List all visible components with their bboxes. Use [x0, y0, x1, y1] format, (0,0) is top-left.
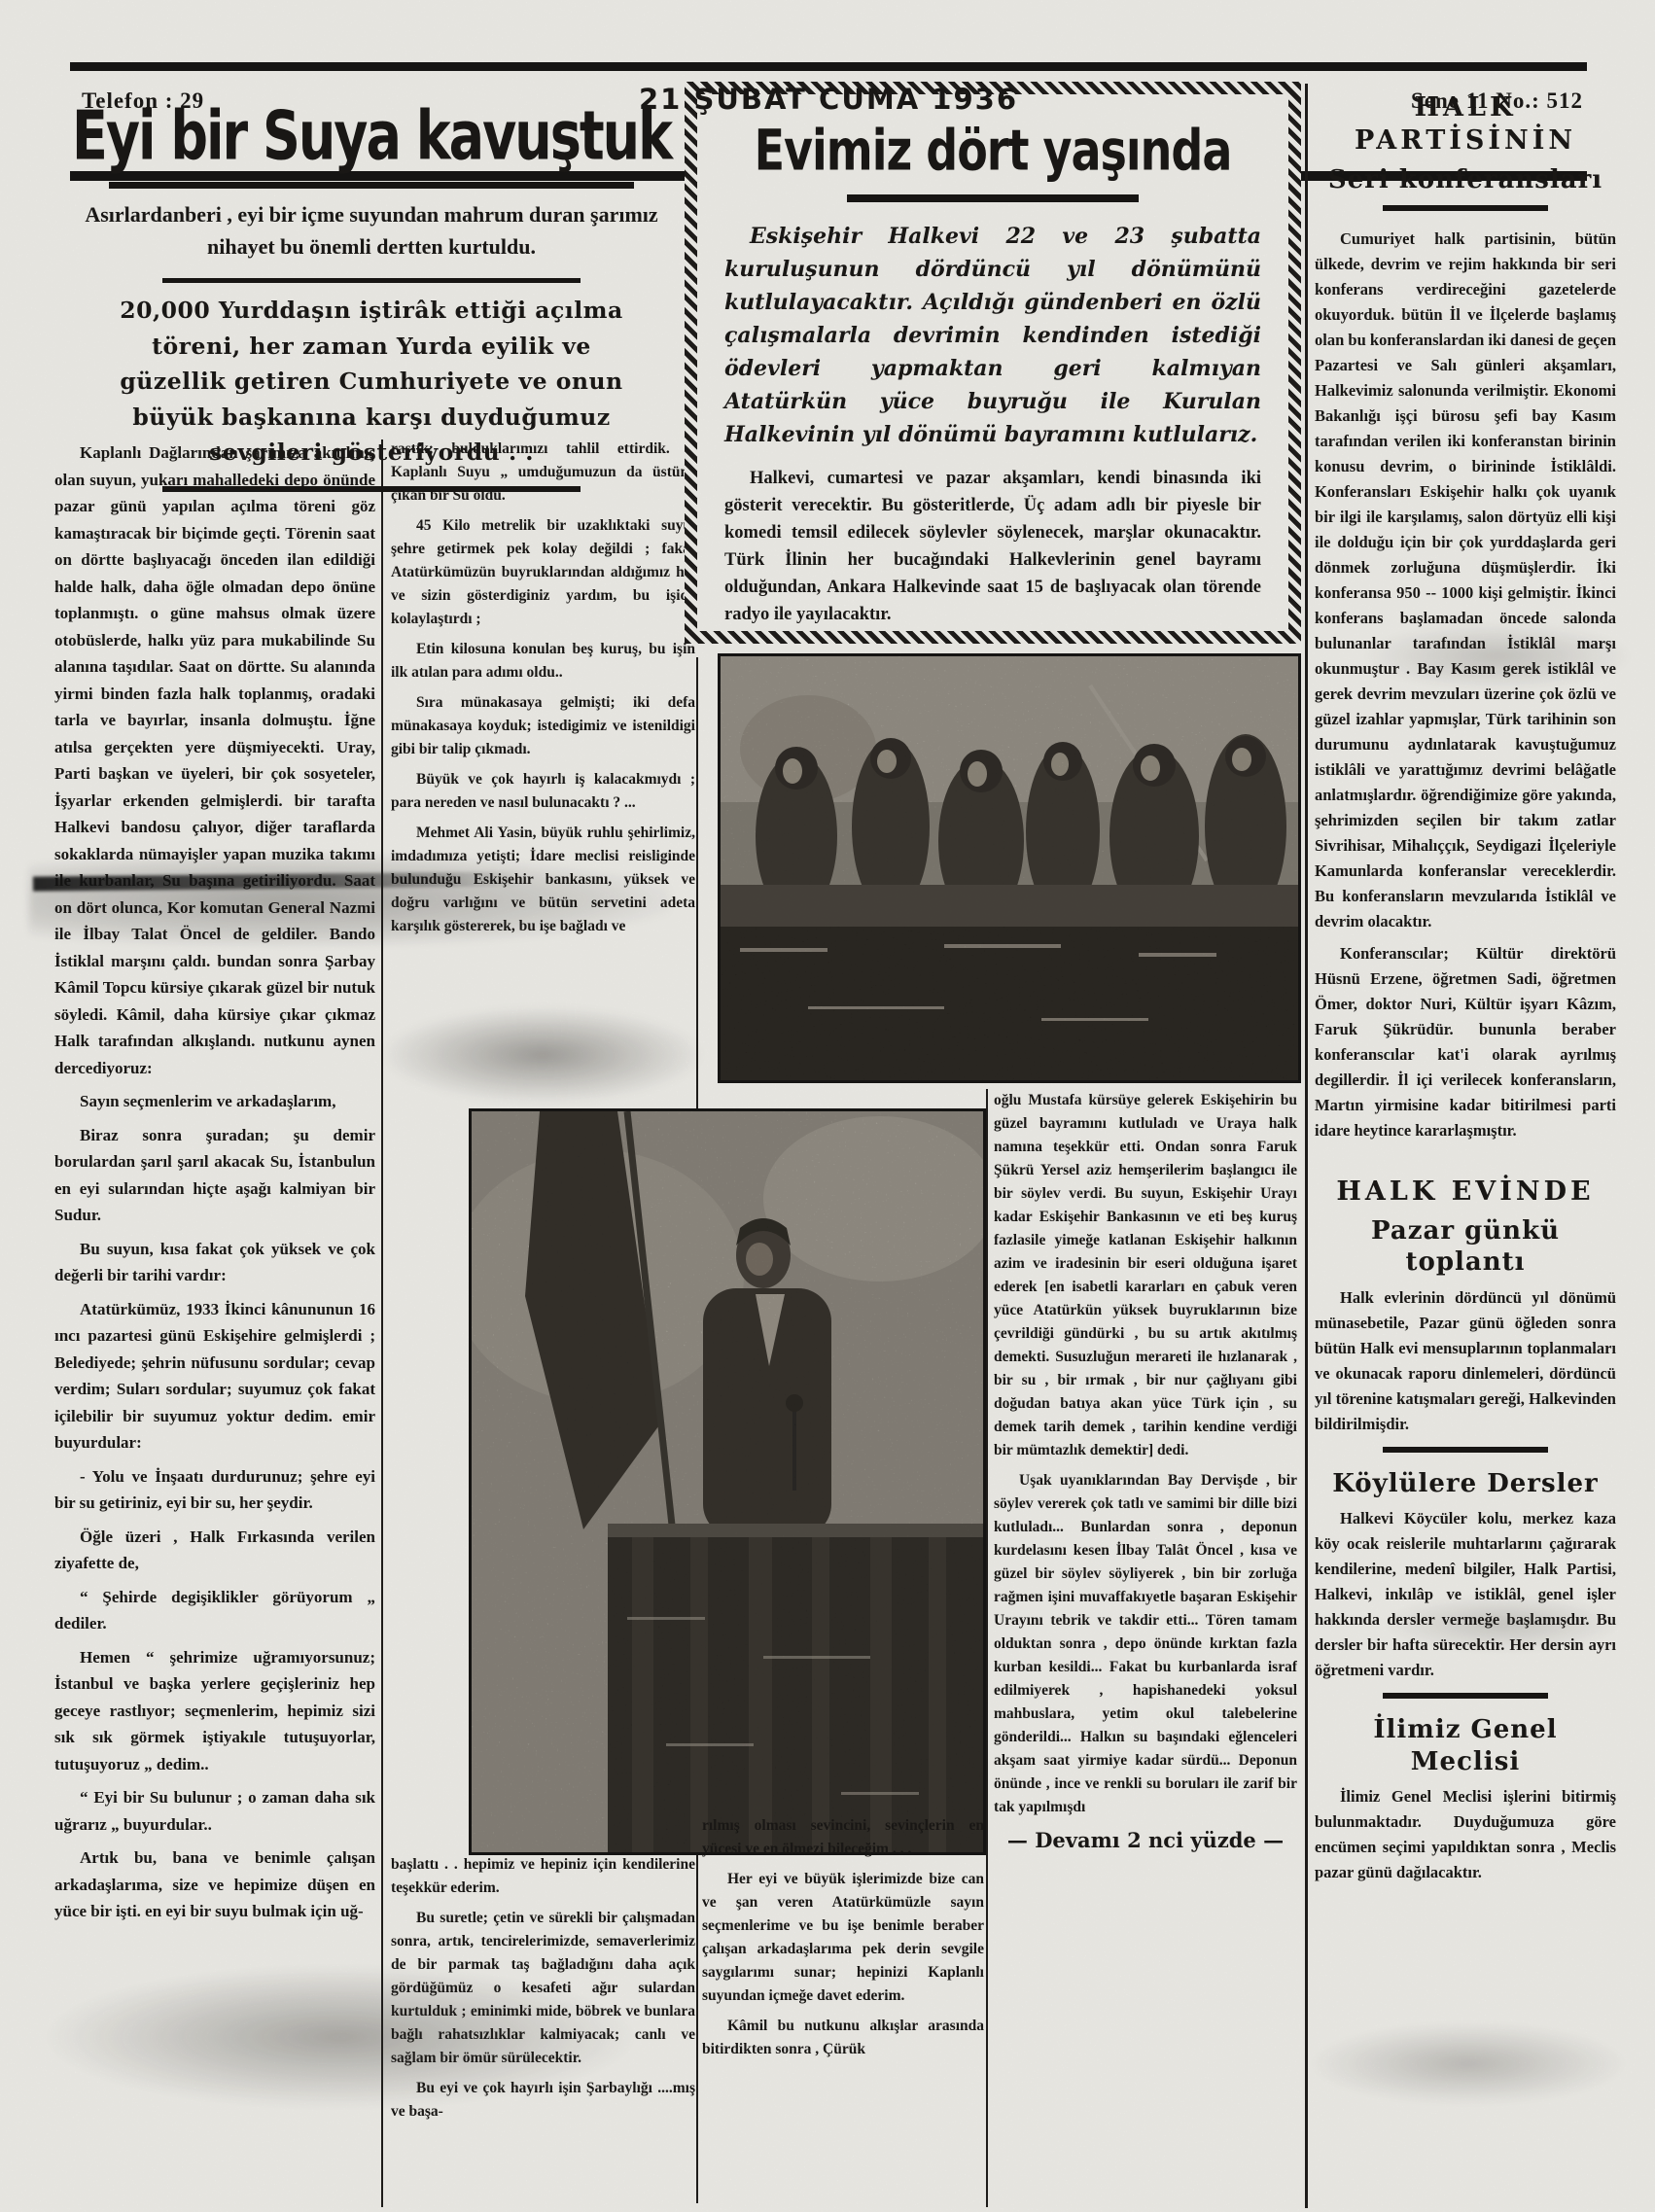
ilimiz-genel-meclisi-title: İlimiz Genel Meclisi	[1315, 1714, 1616, 1777]
article-paragraph: Bu suretle; çetin ve sürekli bir çalışma…	[391, 1907, 695, 2070]
masthead: Telefon : 29 21 ŞUBAT CUMA 1936 Sene 11 …	[70, 82, 1587, 134]
column-separator	[381, 439, 383, 2207]
article-paragraph: Atatürkümüz, 1933 İkinci kânununun 16 ın…	[54, 1296, 375, 1457]
halkevi-box-body: Halkevi, cumartesi ve pazar akşamları, k…	[724, 465, 1261, 628]
lead-article-deck: Asırlardanberi , eyi bir içme suyundan m…	[80, 198, 663, 263]
crowd-ceremony-photo	[718, 653, 1301, 1083]
horizontal-rule	[847, 194, 1139, 202]
article-paragraph: “ Eyi bir Su bulunur ; o zaman daha sık …	[54, 1784, 375, 1838]
halkevi-box-article: Evimiz dört yaşında Eskişehir Halkevi 22…	[685, 82, 1301, 644]
lead-article-column-3b: oğlu Mustafa kürsüye gelerek Eskişehirin…	[994, 1089, 1297, 2018]
horizontal-rule	[1383, 1447, 1548, 1453]
lead-article-header: Eyi bir Suya kavuştuk Asırlardanberi , e…	[51, 99, 692, 502]
crowd-ceremony-photo-art	[721, 656, 1298, 1080]
koylulere-dersler-title: Köylülere Dersler	[1315, 1468, 1616, 1500]
article-paragraph: Sayın seçmenlerim ve arkadaşlarım,	[54, 1088, 375, 1115]
article-paragraph: oğlu Mustafa kürsüye gelerek Eskişehirin…	[994, 1089, 1297, 1462]
column-separator	[986, 1089, 988, 2207]
masthead-date: 21 ŞUBAT CUMA 1936	[639, 86, 1018, 114]
article-paragraph: Sıra münakasaya gelmişti; iki defa münak…	[391, 691, 695, 761]
newspaper-page: Telefon : 29 21 ŞUBAT CUMA 1936 Sene 11 …	[0, 0, 1655, 2212]
article-paragraph: Her eyi ve büyük işlerimizde bize can ve…	[702, 1868, 984, 2008]
article-paragraph: Artık bu, bana ve benimle çalışan arkada…	[54, 1844, 375, 1925]
horizontal-rule	[162, 486, 581, 492]
article-paragraph: Kâmil bu nutkunu alkışlar arasında bitir…	[702, 2015, 984, 2061]
article-paragraph: Etin kilosuna konulan beş kuruş, bu işin…	[391, 638, 695, 685]
column-separator	[1305, 84, 1308, 2208]
right-column: HALK PARTİSİNİN Seri konferansları Cumur…	[1315, 91, 1616, 2177]
halk-partisi-title: Seri konferansları	[1315, 164, 1616, 196]
lead-article-column-2-bottom: başlattı . . hepimiz ve hepiniz için ken…	[391, 1853, 695, 2208]
article-paragraph: Cumuriyet halk partisinin, bütün ülkede,…	[1315, 227, 1616, 934]
article-paragraph: Kaplanlı Dağlarından şarımıza akıtılmış …	[54, 439, 375, 1081]
lead-article-column-1: Kaplanlı Dağlarından şarımıza akıtılmış …	[54, 439, 375, 2204]
article-paragraph: İlimiz Genel Meclisi işlerini bitirmiş b…	[1315, 1784, 1616, 1885]
article-paragraph: rılmış olması sevincini, sevinçlerin en …	[702, 1814, 984, 1861]
article-paragraph: başlattı . . hepimiz ve hepiniz için ken…	[391, 1853, 695, 1900]
article-paragraph: - Yolu ve İnşaatı durdurunuz; şehre eyi …	[54, 1463, 375, 1517]
horizontal-rule	[162, 278, 581, 283]
article-paragraph: Hemen “ şehrimize uğramıyorsunuz; İstanb…	[54, 1644, 375, 1778]
halkevi-box-lead: Eskişehir Halkevi 22 ve 23 şubatta kurul…	[724, 220, 1261, 451]
halk-evinde-title: Pazar günkü toplantı	[1315, 1215, 1616, 1279]
lead-article-standfirst: 20,000 Yurddaşın iştirâk ettiği açılma t…	[99, 293, 644, 470]
article-paragraph: Uşak uyanıklarından Bay Dervişde , bir s…	[994, 1469, 1297, 1819]
article-paragraph: Biraz sonra şuradan; şu demir borulardan…	[54, 1122, 375, 1229]
horizontal-rule	[1383, 1693, 1548, 1699]
article-paragraph: Konferanscılar; Kültür direktörü Hüsnü E…	[1315, 941, 1616, 1143]
masthead-telefon: Telefon : 29	[82, 89, 204, 112]
article-paragraph: Halk evlerinin dördüncü yıl dönümü münas…	[1315, 1285, 1616, 1437]
lead-article-column-2-top: raştık; bulduklarımızı tahlil ettirdik. …	[391, 438, 695, 1103]
article-paragraph: 45 Kilo metrelik bir uzaklıktaki suyu, ş…	[391, 514, 695, 631]
lead-article-column-3a: rılmış olması sevincini, sevinçlerin en …	[702, 1814, 984, 2203]
masthead-issue-number: Sene 11 No.: 512	[1411, 89, 1583, 112]
article-paragraph: Büyük ve çok hayırlı iş kalacakmıydı ; p…	[391, 768, 695, 815]
horizontal-rule	[1383, 205, 1548, 211]
article-paragraph: Mehmet Ali Yasin, büyük ruhlu şehirlimiz…	[391, 822, 695, 938]
article-paragraph: “ Şehirde degişiklikler görüyorum „ dedi…	[54, 1584, 375, 1637]
article-paragraph: Bu suyun, kısa fakat çok yüksek ve çok d…	[54, 1236, 375, 1289]
article-paragraph: Halkevi Köycüler kolu, merkez kaza köy o…	[1315, 1506, 1616, 1683]
speaker-at-podium-photo	[469, 1108, 986, 1855]
article-paragraph: Bu eyi ve çok hayırlı işin Şarbaylığı ..…	[391, 2077, 695, 2124]
article-paragraph: Öğle üzeri , Halk Fırkasında verilen ziy…	[54, 1524, 375, 1577]
speaker-at-podium-photo-art	[472, 1111, 983, 1852]
continued-on-page-note: — Devamı 2 nci yüzde —	[994, 1826, 1297, 1854]
horizontal-rule	[109, 182, 634, 189]
masthead-top-rule	[70, 62, 1587, 71]
halk-evinde-kicker: HALK EVİNDE	[1315, 1176, 1616, 1209]
